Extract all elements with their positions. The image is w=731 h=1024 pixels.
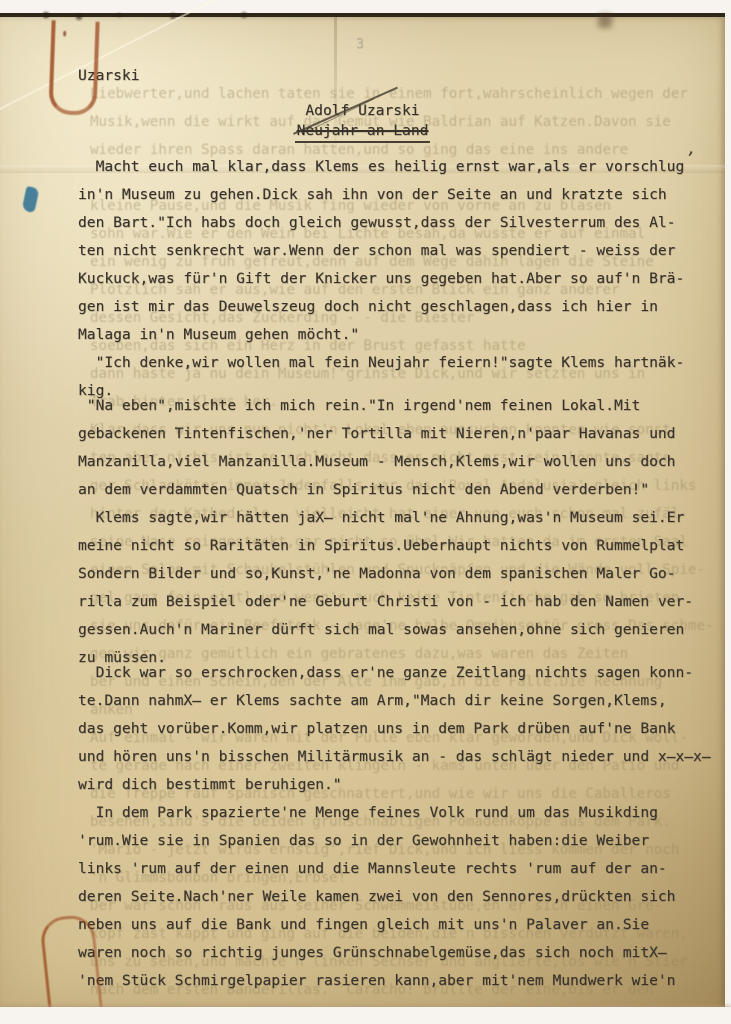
typescript-line: meine nicht so Raritäten in Spiritus.Ueb… [78,534,728,562]
typescript-line: 'nem Stück Schmirgelpapier rasieren kann… [78,969,728,997]
typescript-line: rilla zum Beispiel oder'ne Geburt Christ… [78,590,728,618]
typescript-line: Kuckuck,was für'n Gift der Knicker uns g… [78,267,728,295]
typescript-line: Macht euch mal klar,dass Klems es heilig… [78,155,728,183]
typescript-line: waren noch so richtig junges Grünschnabe… [78,941,728,969]
typescript-line: Malaga in'n Museum gehen möcht." [78,323,728,351]
page-number: 3 [356,37,364,52]
typescript-line: gen ist mir das Deuwelszeug doch nicht g… [78,295,728,323]
scanned-typescript-page: Liebwerter,und lachen taten sie in einem… [0,0,731,1024]
typescript-line: Manzanilla,viel Manzanilla.Museum - Mens… [78,450,728,478]
typescript-line: Dick war so erschrocken,dass er'ne ganze… [78,661,728,689]
typescript-line: te.Dann nahmX̶ er Klems sachte am Arm,"M… [78,689,728,717]
typescript-line: 'rum.Wie sie in Spanien das so in der Ge… [78,829,728,857]
typescript-line: zu müssen. [78,646,728,661]
typescript-line: links 'rum auf der einen und die Mannsle… [78,857,728,885]
typescript-line: das geht vorüber.Komm,wir platzen uns in… [78,717,728,745]
scanner-background [0,1007,731,1024]
typescript-line: den Bart."Ich habs doch gleich gewusst,d… [78,211,728,239]
typescript-line: "Ich denke,wir wollen mal fein Neujahr f… [78,351,728,379]
typescript-line: an dem verdammten Quatsch in Spiritus ni… [78,478,728,506]
paperclip-rust-stain-top [48,20,99,116]
typescript-line: deren Seite.Nach'ner Weile kamen zwei vo… [78,885,728,913]
typescript-line: gessen.Auch'n Mariner dürft sich mal sow… [78,618,728,646]
typescript-line: Klems sagte,wir hätten jaX̶ nicht mal'ne… [78,506,728,534]
typescript-line: in'n Museum zu gehen.Dick sah ihn von de… [78,183,728,211]
torn-edge-shadows [0,14,2,16]
typescript-line: kig. [78,379,728,394]
typescript-line: gebackenen Tintenfischen,'ner Tortilla m… [78,422,728,450]
typescript-line: In dem Park spazierte'ne Menge feines Vo… [78,801,728,829]
typescript-line: "Na eben",mischte ich mich rein."In irge… [78,394,728,422]
typescript-line: Sondern Bilder und so,Kunst,'ne Madonna … [78,562,728,590]
typescript-line: ten nicht senkrecht war.Wenn der schon m… [78,239,728,267]
title-block: Adolf Uzarski Neujahr an Land [0,101,725,143]
typescript-line: wird dich bestimmt beruhigen." [78,773,728,801]
paper: Liebwerter,und lachen taten sie in einem… [0,13,725,1011]
blue-ink-mark [22,186,40,213]
typescript-line: neben uns auf die Bank und fingen gleich… [78,913,728,941]
vertical-crease [334,17,337,167]
diagonal-crease [0,0,231,115]
typescript-line: und hören uns'n bisschen Militärmusik an… [78,745,728,773]
typescript-body: Macht euch mal klar,dass Klems es heilig… [78,155,728,997]
